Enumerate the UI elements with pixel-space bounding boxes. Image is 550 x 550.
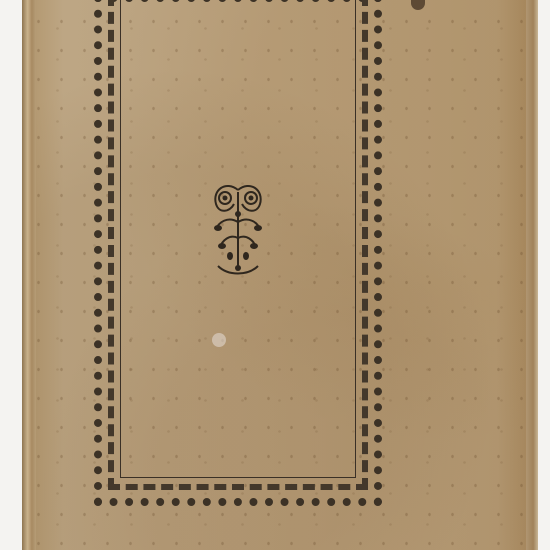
- spine-edge: [22, 0, 36, 550]
- floral-vignette-icon: [208, 182, 268, 280]
- fore-edge: [526, 0, 538, 550]
